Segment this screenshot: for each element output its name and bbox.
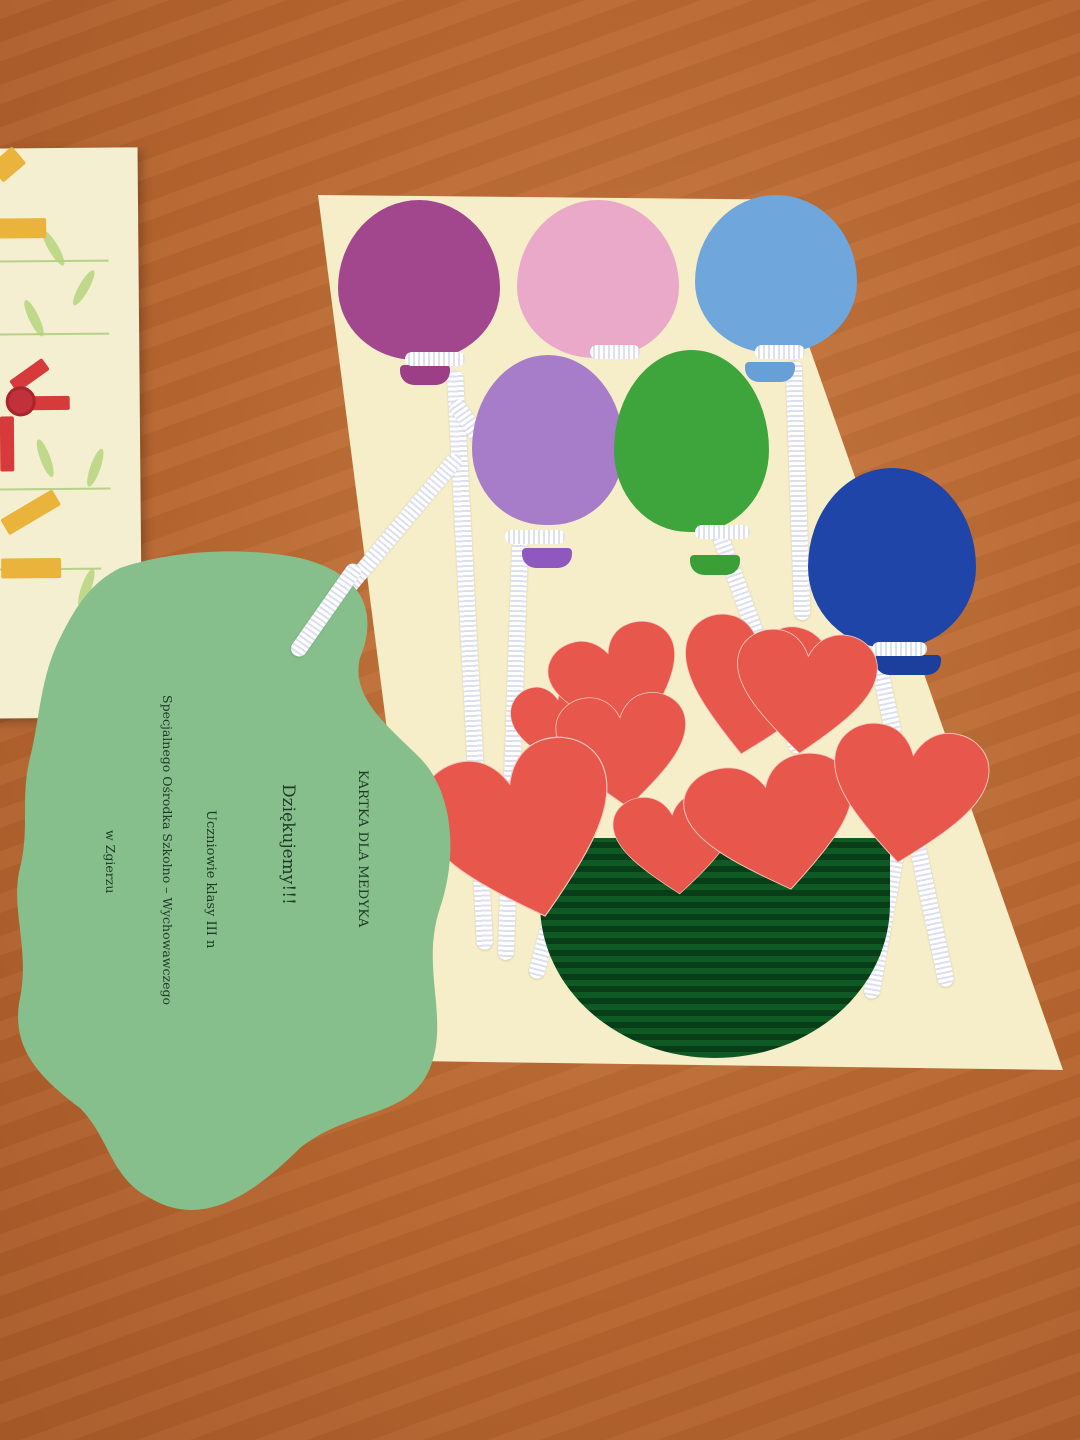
heart — [821, 718, 994, 873]
tag-from-line: Uczniowie klasy III n — [203, 810, 218, 948]
tag-city-line: w Zgierzu — [103, 830, 118, 893]
tag-text-block: KARTKA DLA MEDYKA Dziękujemy!!! Uczniowi… — [78, 770, 378, 1090]
tag-thanks: Dziękujemy!!! — [278, 784, 298, 905]
tag-title: KARTKA DLA MEDYKA — [355, 770, 370, 928]
tag-school-line: Specjalnego Ośrodka Szkolno – Wychowawcz… — [160, 695, 175, 1005]
